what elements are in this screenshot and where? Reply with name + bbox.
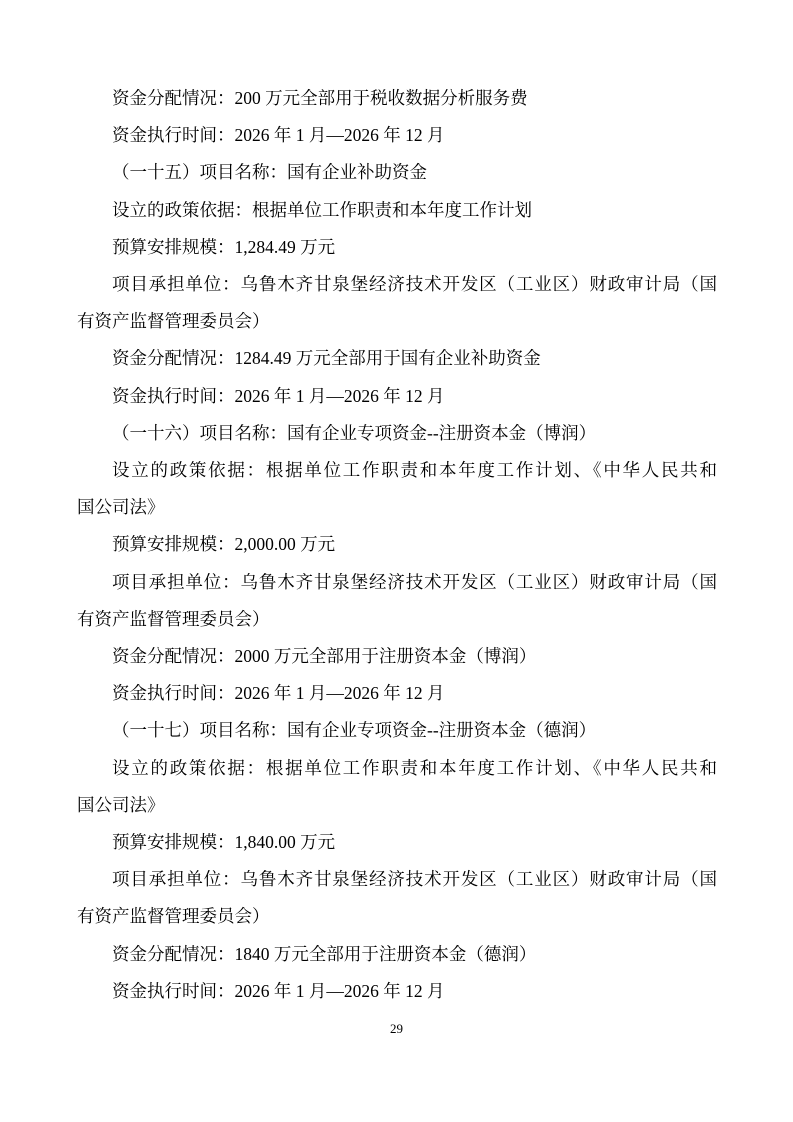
document-line: 设立的政策依据：根据单位工作职责和本年度工作计划、《中华人民共和 bbox=[77, 452, 717, 489]
document-line: 资金分配情况：2000 万元全部用于注册资本金（博润） bbox=[77, 638, 717, 675]
document-line: 项目承担单位：乌鲁木齐甘泉堡经济技术开发区（工业区）财政审计局（国 bbox=[77, 564, 717, 601]
document-line: （一十七）项目名称：国有企业专项资金--注册资本金（德润） bbox=[77, 712, 717, 749]
document-line: 资金分配情况：1284.49 万元全部用于国有企业补助资金 bbox=[77, 340, 717, 377]
document-body: 资金分配情况：200 万元全部用于税收数据分析服务费资金执行时间：2026 年 … bbox=[77, 80, 717, 1010]
document-line: 预算安排规模：2,000.00 万元 bbox=[77, 526, 717, 563]
document-page: 资金分配情况：200 万元全部用于税收数据分析服务费资金执行时间：2026 年 … bbox=[0, 0, 793, 1122]
document-line: 资金执行时间：2026 年 1 月—2026 年 12 月 bbox=[77, 675, 717, 712]
document-line: 设立的政策依据：根据单位工作职责和本年度工作计划 bbox=[77, 192, 717, 229]
page-number: 29 bbox=[0, 1020, 793, 1038]
document-line: 国公司法》 bbox=[77, 489, 717, 526]
document-line: 资金执行时间：2026 年 1 月—2026 年 12 月 bbox=[77, 378, 717, 415]
document-line: 有资产监督管理委员会） bbox=[77, 303, 717, 340]
document-line: 资金执行时间：2026 年 1 月—2026 年 12 月 bbox=[77, 117, 717, 154]
document-line: 资金分配情况：200 万元全部用于税收数据分析服务费 bbox=[77, 80, 717, 117]
document-line: 国公司法》 bbox=[77, 787, 717, 824]
document-line: 有资产监督管理委员会） bbox=[77, 898, 717, 935]
document-line: 项目承担单位：乌鲁木齐甘泉堡经济技术开发区（工业区）财政审计局（国 bbox=[77, 861, 717, 898]
document-line: （一十五）项目名称：国有企业补助资金 bbox=[77, 154, 717, 191]
document-line: 预算安排规模：1,840.00 万元 bbox=[77, 824, 717, 861]
document-line: 资金分配情况：1840 万元全部用于注册资本金（德润） bbox=[77, 936, 717, 973]
document-line: 有资产监督管理委员会） bbox=[77, 601, 717, 638]
document-line: 预算安排规模：1,284.49 万元 bbox=[77, 229, 717, 266]
document-line: 项目承担单位：乌鲁木齐甘泉堡经济技术开发区（工业区）财政审计局（国 bbox=[77, 266, 717, 303]
document-line: 资金执行时间：2026 年 1 月—2026 年 12 月 bbox=[77, 973, 717, 1010]
document-line: 设立的政策依据：根据单位工作职责和本年度工作计划、《中华人民共和 bbox=[77, 750, 717, 787]
document-line: （一十六）项目名称：国有企业专项资金--注册资本金（博润） bbox=[77, 415, 717, 452]
